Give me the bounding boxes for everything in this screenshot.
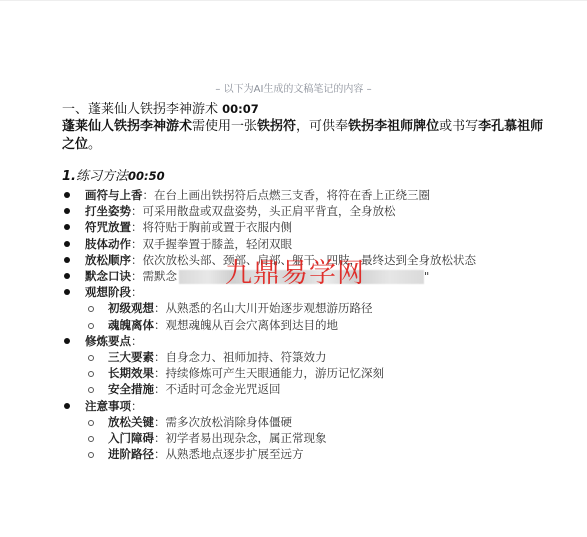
- sub-list-item: 三大要素：自身念力、祖师加持、符箓效力: [85, 349, 552, 365]
- sub-list-item: 安全措施：不适时可念金光咒返回: [85, 381, 552, 397]
- list-item: 符咒放置：将符贴于胸前或置于衣服内侧: [62, 219, 552, 235]
- intro-bold-1: 蓬莱仙人铁拐李神游术: [62, 119, 192, 134]
- subsection-title: 练习方法: [76, 169, 128, 184]
- bullet-icon: [64, 241, 70, 247]
- bullet-icon: [64, 403, 70, 409]
- list-item: 观想阶段： 初级观想：从熟悉的名山大川开始逐步观想游历路径 魂魄离体：观想魂魄从…: [62, 284, 552, 333]
- ai-generated-note: – 以下为AI生成的文稿笔记的内容 –: [0, 80, 587, 95]
- intro-text-8: 。: [88, 137, 101, 152]
- section-heading: 一、蓬莱仙人铁拐李神游术 00:07: [62, 101, 552, 118]
- circle-bullet-icon: [88, 323, 94, 329]
- sub-list-item: 入门障碍：初学者易出现杂念，属正常现象: [85, 430, 552, 446]
- list-item: 画符与上香：在台上画出铁拐符后点燃三支香，将符在香上正绕三圈: [62, 187, 552, 203]
- sub-list: 放松关键：需多次放松消除身体僵硬 入门障碍：初学者易出现杂念，属正常现象 进阶路…: [85, 414, 552, 463]
- section-title: 一、蓬莱仙人铁拐李神游术: [62, 102, 218, 117]
- bullet-icon: [64, 224, 70, 230]
- circle-bullet-icon: [88, 387, 94, 393]
- sub-list-item: 初级观想：从熟悉的名山大川开始逐步观想游历路径: [85, 300, 552, 316]
- circle-bullet-icon: [88, 371, 94, 377]
- subsection-number: 1.: [62, 169, 76, 184]
- redacted-blur: [179, 270, 424, 284]
- sub-list-item: 放松关键：需多次放松消除身体僵硬: [85, 414, 552, 430]
- document-body: 一、蓬莱仙人铁拐李神游术 00:07 蓬莱仙人铁拐李神游术需使用一张铁拐符，可供…: [62, 101, 552, 462]
- intro-text-6: 或书写: [439, 119, 478, 134]
- sub-list: 初级观想：从熟悉的名山大川开始逐步观想游历路径 魂魄离体：观想魂魄从百会穴离体到…: [85, 300, 552, 332]
- bullet-icon: [64, 192, 70, 198]
- intro-text-2: 需使用一张: [192, 119, 257, 134]
- sub-list-item: 长期效果：持续修炼可产生天眼通能力，游历记忆深刻: [85, 365, 552, 381]
- circle-bullet-icon: [88, 355, 94, 361]
- bullet-icon: [64, 338, 70, 344]
- circle-bullet-icon: [88, 420, 94, 426]
- sub-list-item: 进阶路径：从熟悉地点逐步扩展至远方: [85, 446, 552, 462]
- bullet-icon: [64, 273, 70, 279]
- intro-bold-3: 铁拐符: [257, 119, 296, 134]
- intro-text-4: ，可供奉: [296, 119, 348, 134]
- list-item: 放松顺序：依次放松头部、颈部、肩部、躯干、四肢，最终达到全身放松状态: [62, 252, 552, 268]
- circle-bullet-icon: [88, 452, 94, 458]
- list-item: 打坐姿势：可采用散盘或双盘姿势，头正肩平背直，全身放松: [62, 203, 552, 219]
- list-item: 默念口诀：需默念": [62, 268, 552, 284]
- section-timestamp[interactable]: 00:07: [222, 102, 259, 116]
- bullet-icon: [64, 257, 70, 263]
- list-item: 注意事项： 放松关键：需多次放松消除身体僵硬 入门障碍：初学者易出现杂念，属正常…: [62, 398, 552, 463]
- circle-bullet-icon: [88, 436, 94, 442]
- subsection-timestamp[interactable]: 00:50: [128, 169, 165, 183]
- top-border: [0, 0, 587, 1]
- circle-bullet-icon: [88, 306, 94, 312]
- subsection-heading: 1.练习方法00:50: [62, 168, 552, 185]
- practice-list: 画符与上香：在台上画出铁拐符后点燃三支香，将符在香上正绕三圈 打坐姿势：可采用散…: [62, 187, 552, 462]
- section-intro: 蓬莱仙人铁拐李神游术需使用一张铁拐符，可供奉铁拐李祖师牌位或书写李孔慕祖师之位。: [62, 118, 552, 154]
- bullet-icon: [64, 208, 70, 214]
- bullet-icon: [64, 289, 70, 295]
- list-item: 修炼要点： 三大要素：自身念力、祖师加持、符箓效力 长期效果：持续修炼可产生天眼…: [62, 333, 552, 398]
- intro-bold-5: 铁拐李祖师牌位: [348, 119, 439, 134]
- sub-list: 三大要素：自身念力、祖师加持、符箓效力 长期效果：持续修炼可产生天眼通能力，游历…: [85, 349, 552, 398]
- list-item: 肢体动作：双手握拳置于膝盖，轻闭双眼: [62, 236, 552, 252]
- sub-list-item: 魂魄离体：观想魂魄从百会穴离体到达目的地: [85, 317, 552, 333]
